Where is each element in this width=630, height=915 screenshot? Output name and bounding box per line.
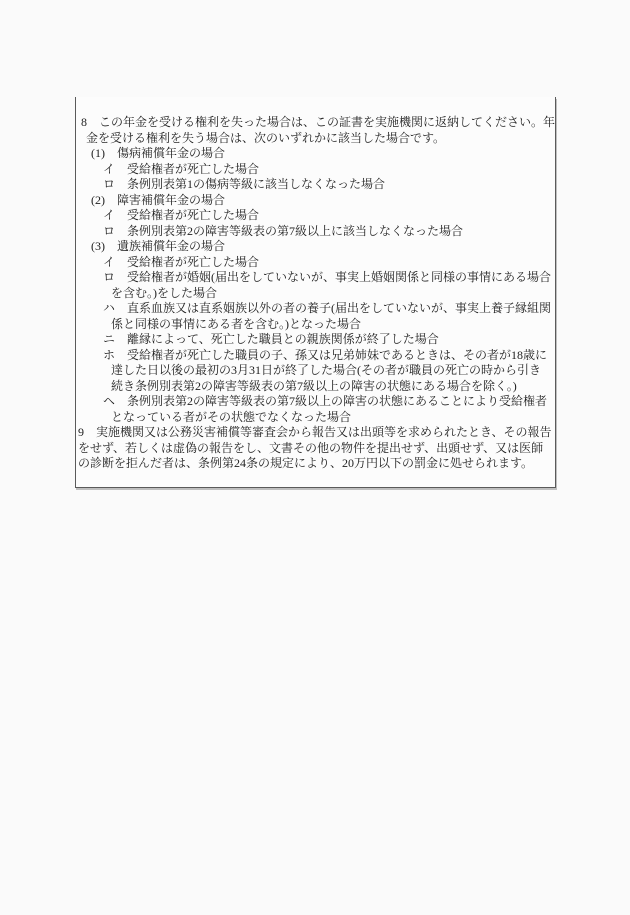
item-1-ro: ロ 条例別表第1の傷病等級に該当しなくなった場合 xyxy=(76,177,555,193)
item-3-ro-cont: を含む。)をした場合 xyxy=(76,286,555,302)
clause-8-line-cont: 金を受ける権利を失う場合は、次のいずれかに該当した場合です。 xyxy=(76,131,555,147)
clause-9-line: 9 実施機関又は公務災害補償等審査会から報告又は出頭等を求められたとき、その報告 xyxy=(76,425,555,441)
item-1-i: イ 受給権者が死亡した場合 xyxy=(76,162,555,178)
item-3-ho: ホ 受給権者が死亡した職員の子、孫又は兄弟姉妹であるときは、その者が18歳に xyxy=(76,348,555,364)
item-3-heading: (3) 遺族補償年金の場合 xyxy=(76,239,555,255)
item-3-he-cont: となっている者がその状態でなくなった場合 xyxy=(76,410,555,426)
clause-9-line-cont-2: の診断を拒んだ者は、条例第24条の規定により、20万円以下の罰金に処せられます。 xyxy=(76,456,555,472)
item-3-he: ヘ 条例別表第2の障害等級表の第7級以上の障害の状態にあることにより受給権者 xyxy=(76,394,555,410)
item-3-i: イ 受給権者が死亡した場合 xyxy=(76,255,555,271)
item-1-heading: (1) 傷病補償年金の場合 xyxy=(76,146,555,162)
notice-box: 8 この年金を受ける権利を失った場合は、この証書を実施機関に返納してください。年… xyxy=(75,97,556,488)
clause-8-line: 8 この年金を受ける権利を失った場合は、この証書を実施機関に返納してください。年 xyxy=(76,115,555,131)
clause-9-line-cont-1: をせず、若しくは虚偽の報告をし、文書その他の物件を提出せず、出頭せず、又は医師 xyxy=(76,441,555,457)
item-3-ho-cont-1: 達した日以後の最初の3月31日が終了した場合(その者が職員の死亡の時から引き xyxy=(76,363,555,379)
item-3-ro: ロ 受給権者が婚姻(届出をしていないが、事実上婚姻関係と同様の事情にある場合 xyxy=(76,270,555,286)
item-3-ni: ニ 離縁によって、死亡した職員との親族関係が終了した場合 xyxy=(76,332,555,348)
item-3-ha-cont: 係と同様の事情にある者を含む。)となった場合 xyxy=(76,317,555,333)
item-2-i: イ 受給権者が死亡した場合 xyxy=(76,208,555,224)
item-2-ro: ロ 条例別表第2の障害等級表の第7級以上に該当しなくなった場合 xyxy=(76,224,555,240)
document-page: 8 この年金を受ける権利を失った場合は、この証書を実施機関に返納してください。年… xyxy=(0,0,630,915)
item-3-ha: ハ 直系血族又は直系姻族以外の者の養子(届出をしていないが、事実上養子縁組関 xyxy=(76,301,555,317)
item-3-ho-cont-2: 続き条例別表第2の障害等級表の第7級以上の障害の状態にある場合を除く。) xyxy=(76,379,555,395)
item-2-heading: (2) 障害補償年金の場合 xyxy=(76,193,555,209)
